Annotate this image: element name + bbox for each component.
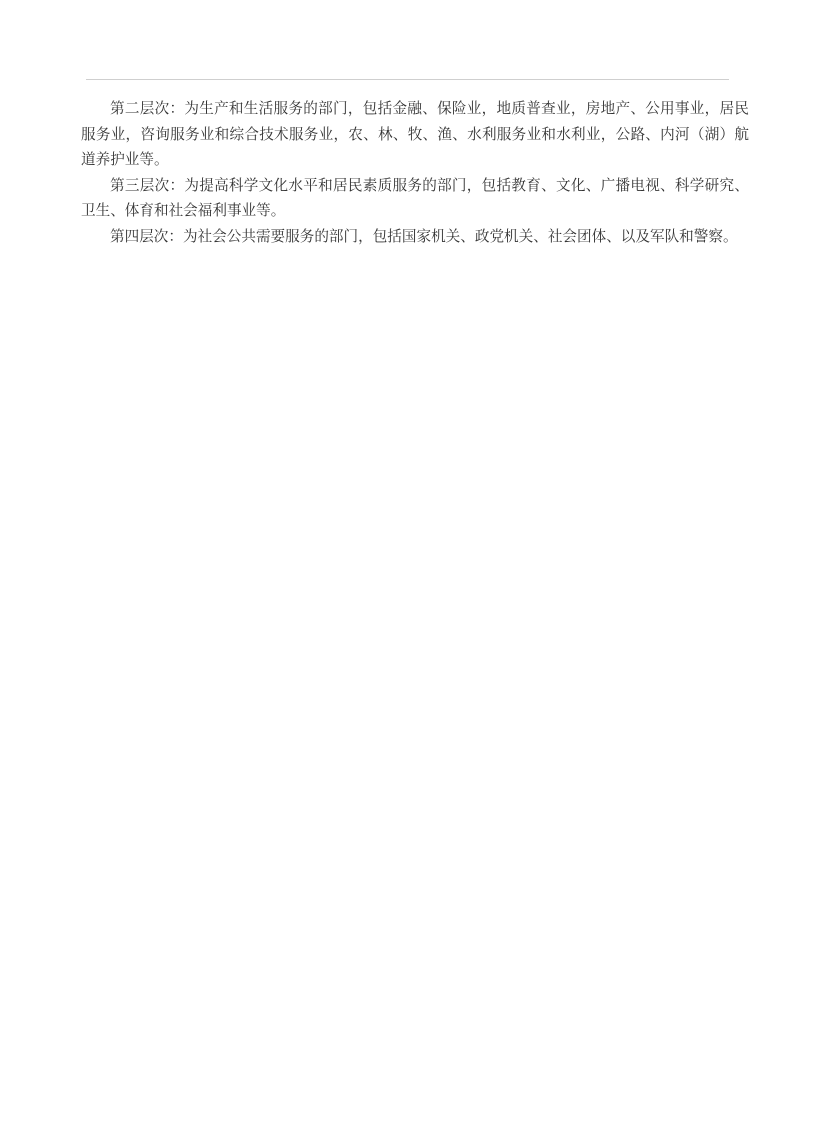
paragraph-fourth-level: 第四层次：为社会公共需要服务的部门，包括国家机关、政党机关、社会团体、以及军队和… [81, 224, 749, 250]
paragraph-third-level: 第三层次：为提高科学文化水平和居民素质服务的部门，包括教育、文化、广播电视、科学… [81, 173, 749, 224]
header-rule [86, 79, 729, 80]
document-body: 第二层次：为生产和生活服务的部门，包括金融、保险业，地质普查业，房地产、公用事业… [81, 96, 749, 249]
paragraph-second-level: 第二层次：为生产和生活服务的部门，包括金融、保险业，地质普查业，房地产、公用事业… [81, 96, 749, 173]
